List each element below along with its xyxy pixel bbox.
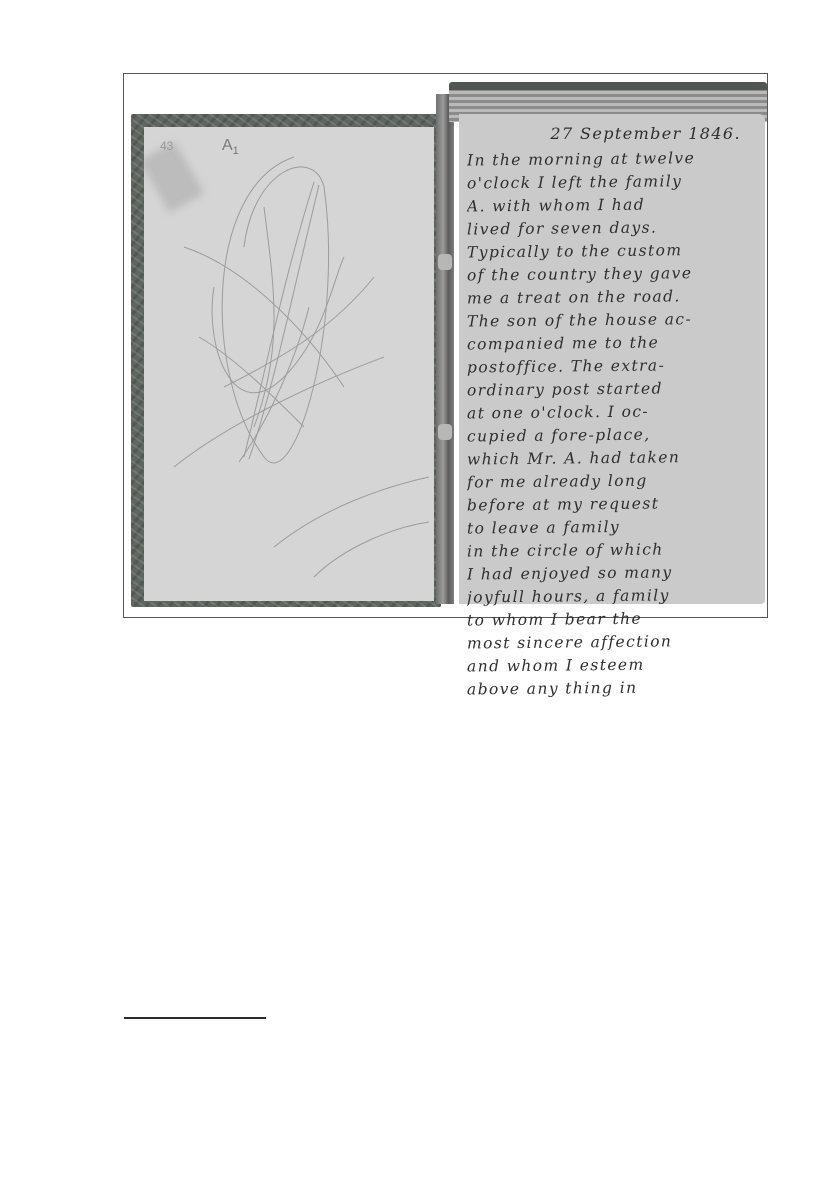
handwriting-line: which Mr. A. had taken [467, 445, 757, 471]
handwriting-line: cupied a fore-place, [467, 422, 757, 448]
handwriting-line: at one o'clock. I oc- [467, 399, 757, 425]
handwriting-line: me a treat on the road. [467, 284, 757, 310]
pencil-scribble [144, 127, 434, 601]
handwriting-line: lived for seven days. [467, 215, 757, 241]
handwriting-line: above any thing in [467, 675, 757, 701]
handwriting-line: companied me to the [467, 330, 757, 356]
handwriting-line: to whom I bear the [467, 606, 757, 632]
handwriting-line: for me already long [467, 468, 757, 494]
handwriting-line: The son of the house ac- [467, 307, 757, 333]
handwriting-line: postoffice. The extra- [467, 353, 757, 379]
handwriting-line: In the morning at twelve [467, 146, 757, 172]
handwriting-line: most sincere affection [467, 629, 757, 655]
handwriting-line: to leave a family [467, 514, 757, 540]
right-page: 27 September 1846. In the morning at twe… [459, 114, 765, 604]
handwriting-line: joyfull hours, a family [467, 583, 757, 609]
handwriting-line: in the circle of which [467, 537, 757, 563]
handwriting-line: A. with whom I had [467, 192, 757, 218]
handwriting-line: of the country they gave [467, 261, 757, 287]
handwriting-line: I had enjoyed so many [467, 560, 757, 586]
handwriting-line: Typically to the custom [467, 238, 757, 264]
footnote-separator-rule [124, 1017, 266, 1019]
handwritten-text: 27 September 1846. In the morning at twe… [467, 122, 757, 700]
handwriting-line: before at my request [467, 491, 757, 517]
handwriting-line: and whom I esteem [467, 652, 757, 678]
diary-date: 27 September 1846. [467, 122, 757, 145]
right-page-block: 27 September 1846. In the morning at twe… [449, 82, 769, 607]
handwriting-line: o'clock I left the family [467, 169, 757, 195]
left-page: 43 A1 [144, 127, 434, 601]
diary-photo-figure: 43 A1 27 Septembe [123, 73, 768, 618]
handwriting-line: ordinary post started [467, 376, 757, 402]
